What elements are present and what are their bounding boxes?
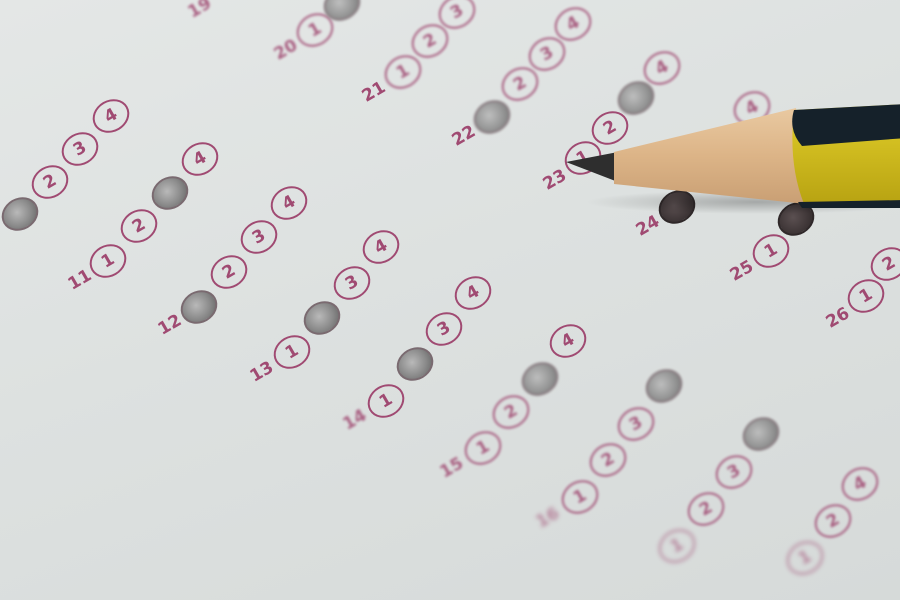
answer-bubble: 1 xyxy=(781,535,830,582)
answer-bubble: 4 xyxy=(449,270,498,317)
filled-answer-bubble: 4 xyxy=(737,411,786,458)
answer-bubble: 1 xyxy=(362,378,411,425)
answer-bubble: 1 xyxy=(268,329,317,376)
question-number: 19 xyxy=(185,0,216,23)
answer-bubble: 2 xyxy=(487,389,536,436)
question-number: 25 xyxy=(727,256,758,285)
answer-bubble: 2 xyxy=(682,486,731,533)
question-number: 12 xyxy=(155,310,186,339)
answer-bubble: 4 xyxy=(544,318,593,365)
filled-answer-bubble: 3 xyxy=(146,170,195,217)
filled-answer-bubble: 2 xyxy=(298,295,347,342)
answer-sheet-photo: 1234123412341234123412341234123412412123… xyxy=(0,0,900,600)
question-number: 14 xyxy=(340,405,371,434)
answer-bubble: 4 xyxy=(87,93,136,140)
question-number: 26 xyxy=(823,303,854,332)
question-number: 16 xyxy=(533,503,564,532)
answer-bubble: 1 xyxy=(556,474,605,521)
answer-bubble: 2 xyxy=(26,159,75,206)
pencil-icon xyxy=(566,104,900,214)
answer-bubble: 3 xyxy=(420,306,469,353)
filled-answer-bubble: 4 xyxy=(640,363,689,410)
answer-bubble: 2 xyxy=(584,437,633,484)
answer-bubble: 4 xyxy=(265,180,314,227)
answer-bubble: 2 xyxy=(205,249,254,296)
answer-bubble: 4 xyxy=(357,224,406,271)
filled-answer-bubble: 3 xyxy=(516,356,565,403)
answer-bubble: 4 xyxy=(836,461,885,508)
answer-bubble: 4 xyxy=(176,136,225,183)
answer-bubble: 3 xyxy=(56,126,105,173)
filled-answer-bubble: 1 xyxy=(0,191,44,238)
answer-bubble: 1 xyxy=(653,523,702,570)
answer-bubble: 3 xyxy=(612,401,661,448)
answer-bubble: 3 xyxy=(710,449,759,496)
question-number: 20 xyxy=(271,35,302,64)
question-number: 13 xyxy=(247,357,278,386)
answer-bubble: 3 xyxy=(235,214,284,261)
answer-bubble: 2 xyxy=(115,203,164,250)
question-number: 15 xyxy=(437,453,468,482)
question-number: 24 xyxy=(633,211,664,240)
filled-answer-bubble: 2 xyxy=(391,341,440,388)
answer-bubble: 1 xyxy=(459,425,508,472)
answer-bubble: 2 xyxy=(809,498,858,545)
question-number: 21 xyxy=(359,77,390,106)
answer-sheet: 1234123412341234123412341234123412412123… xyxy=(0,0,900,600)
answer-bubble: 3 xyxy=(328,260,377,307)
